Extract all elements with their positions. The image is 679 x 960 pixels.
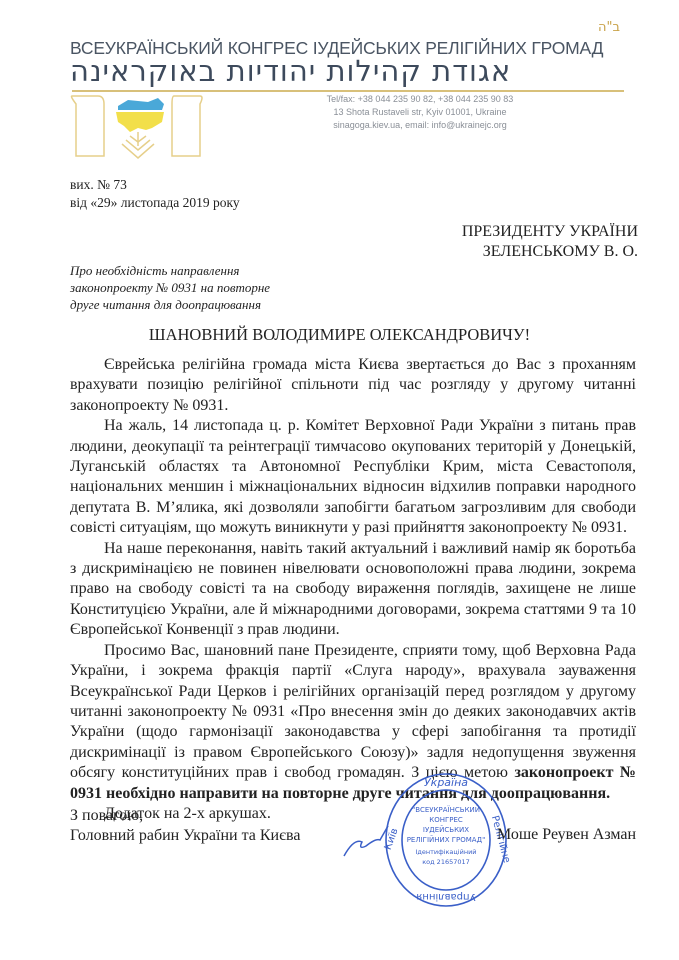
contact-address: 13 Shota Rustaveli str, Kyiv 01001, Ukra…	[310, 106, 530, 119]
letter-date: від «29» листопада 2019 року	[70, 194, 240, 212]
letter-body: Єврейська релігійна громада міста Києва …	[70, 355, 636, 824]
addressee-name: ЗЕЛЕНСЬКОМУ В. О.	[462, 242, 638, 262]
paragraph-2: На жаль, 14 листопада ц. р. Комітет Верх…	[70, 416, 636, 538]
svg-text:"ВСЕУКРАЇНСЬКИЙ: "ВСЕУКРАЇНСЬКИЙ	[412, 805, 480, 814]
subject-line-3: друге читання для доопрацювання	[70, 296, 270, 313]
svg-text:РЕЛІГІЙНИХ ГРОМАД": РЕЛІГІЙНИХ ГРОМАД"	[407, 835, 486, 844]
paragraph-4-text: Просимо Вас, шановний пане Президенте, с…	[70, 642, 636, 781]
svg-text:Україна: Україна	[424, 776, 468, 789]
closing-block: З повагою, Головний рабин України та Киє…	[70, 806, 300, 846]
bh-mark: ב"ה	[598, 20, 620, 35]
outgoing-number: вих. № 73	[70, 176, 240, 194]
paragraph-1: Єврейська релігійна громада міста Києва …	[70, 355, 636, 416]
outgoing-reference: вих. № 73 від «29» листопада 2019 року	[70, 176, 240, 212]
closing-regards: З повагою,	[70, 806, 300, 826]
salutation: ШАНОВНИЙ ВОЛОДИМИРЕ ОЛЕКСАНДРОВИЧУ!	[0, 325, 679, 345]
contact-phone: Tel/fax: +38 044 235 90 82, +38 044 235 …	[310, 93, 530, 106]
subject-line-2: законопроекту № 0931 на повторне	[70, 279, 270, 296]
svg-text:Ідентифікаційний: Ідентифікаційний	[415, 848, 476, 856]
signer-title: Головний рабин України та Києва	[70, 826, 300, 846]
signer-name: Моше Реувен Азман	[497, 826, 636, 844]
subject-line: Про необхідність направлення законопроек…	[70, 262, 270, 313]
addressee-title: ПРЕЗИДЕНТУ УКРАЇНИ	[462, 222, 638, 242]
contact-web-email: sinagoga.kiev.ua, email: info@ukrainejc.…	[310, 119, 530, 132]
signature-icon	[340, 820, 400, 860]
svg-text:КОНГРЕС: КОНГРЕС	[429, 816, 463, 824]
subject-line-1: Про необхідність направлення	[70, 262, 270, 279]
letterhead-contacts: Tel/fax: +38 044 235 90 82, +38 044 235 …	[310, 93, 530, 132]
paragraph-3: На наше переконання, навіть такий актуал…	[70, 539, 636, 641]
paragraph-4: Просимо Вас, шановний пане Президенте, с…	[70, 641, 636, 804]
org-name-hebrew: אגודת קהילות יהודיות באוקראינה	[70, 54, 630, 88]
addressee-block: ПРЕЗИДЕНТУ УКРАЇНИ ЗЕЛЕНСЬКОМУ В. О.	[462, 222, 638, 262]
svg-text:ІУДЕЙСЬКИХ: ІУДЕЙСЬКИХ	[423, 825, 469, 834]
organization-logo-icon	[68, 92, 208, 162]
svg-text:код 21657017: код 21657017	[422, 858, 470, 866]
svg-text:Управління: Управління	[416, 891, 475, 903]
